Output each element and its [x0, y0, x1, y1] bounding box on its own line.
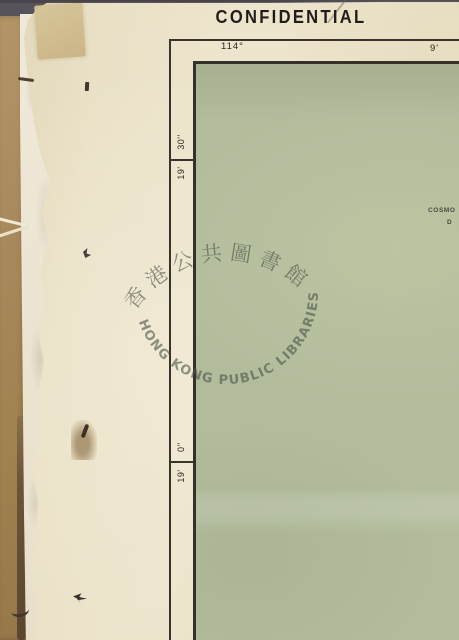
latitude-label-lower-minutes: 19' [176, 461, 188, 491]
map-feature-label-line1: COSMO [428, 207, 456, 214]
scanned-map-page: CONFIDENTIAL 114° 9' 30'' 19' 0'' 19' CO… [0, 0, 459, 640]
latitude-label-upper-seconds: 30'' [176, 127, 188, 157]
scan-top-edge-shadow [0, 0, 380, 3]
classification-title: CONFIDENTIAL [170, 7, 411, 28]
map-outer-border-left [169, 39, 171, 640]
latitude-label-lower-seconds: 0'' [176, 432, 188, 462]
repair-tape-patch [34, 2, 86, 59]
map-feature-label-line2: D [447, 219, 452, 226]
map-face-green-area [193, 61, 459, 640]
longitude-label: 114° [221, 41, 244, 52]
ink-speck [85, 82, 89, 91]
map-outer-border-top [169, 39, 459, 41]
latitude-label-upper-minutes: 19' [176, 158, 188, 188]
stain-mark [71, 420, 97, 460]
stain-curl-mark [81, 424, 90, 439]
minute-label-top: 9' [430, 43, 439, 54]
